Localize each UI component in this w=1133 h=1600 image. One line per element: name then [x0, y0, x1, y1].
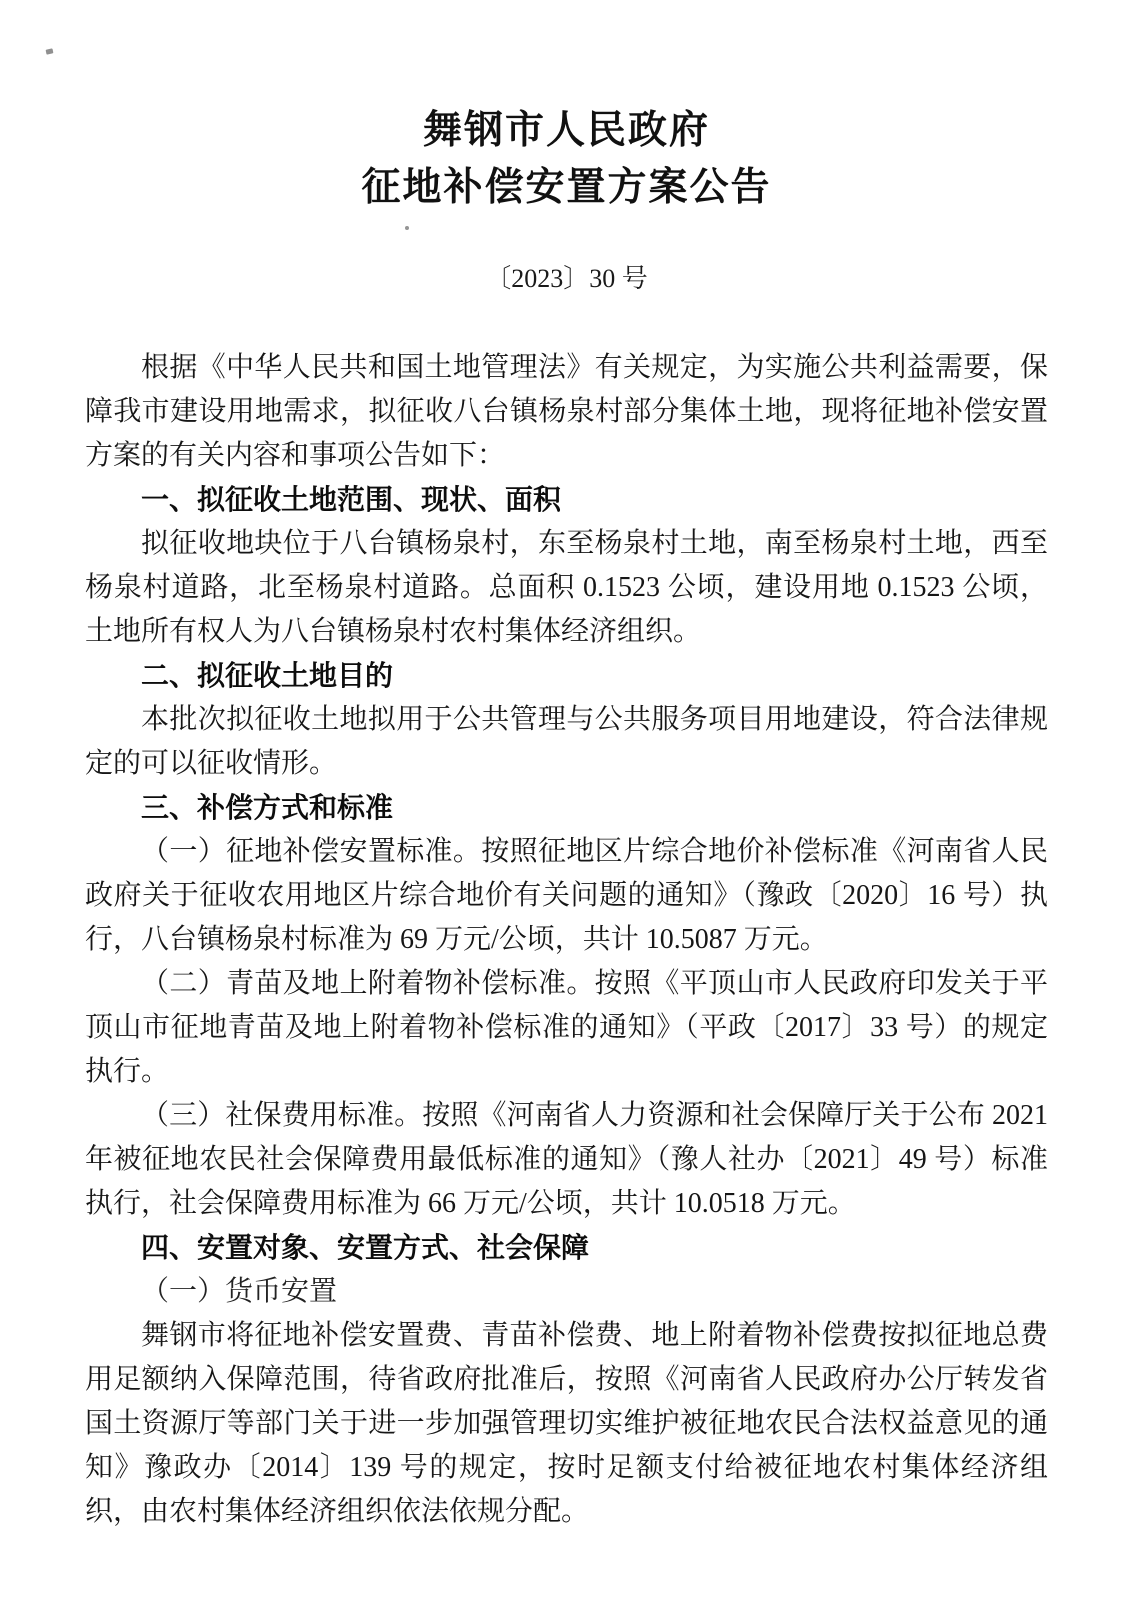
section-3-item-2: （二）青苗及地上附着物补偿标准。按照《平顶山市人民政府印发关于平顶山市征地青苗及… [85, 962, 1048, 1094]
document-title-line1: 舞钢市人民政府 [0, 102, 1133, 159]
section-3-item-1: （一）征地补偿安置标准。按照征地区片综合地价补偿标准《河南省人民政府关于征收农用… [85, 830, 1048, 962]
section-4-heading: 四、安置对象、安置方式、社会保障 [85, 1226, 1048, 1270]
section-3-heading: 三、补偿方式和标准 [85, 786, 1048, 830]
section-4-subheading: （一）货币安置 [85, 1270, 1048, 1314]
section-2-paragraph: 本批次拟征收土地拟用于公共管理与公共服务项目用地建设，符合法律规定的可以征收情形… [85, 698, 1048, 786]
scan-speck-under-title [405, 226, 409, 230]
document-number: 〔2023〕30 号 [0, 262, 1133, 296]
intro-paragraph: 根据《中华人民共和国土地管理法》有关规定，为实施公共利益需要，保障我市建设用地需… [85, 346, 1048, 478]
scan-speck-top-left [46, 48, 54, 54]
section-1-heading: 一、拟征收土地范围、现状、面积 [85, 478, 1048, 522]
section-1-paragraph: 拟征收地块位于八台镇杨泉村，东至杨泉村土地，南至杨泉村土地，西至杨泉村道路，北至… [85, 522, 1048, 654]
section-2-heading: 二、拟征收土地目的 [85, 654, 1048, 698]
document-page: 舞钢市人民政府 征地补偿安置方案公告 〔2023〕30 号 根据《中华人民共和国… [0, 0, 1133, 1600]
document-title-line2: 征地补偿安置方案公告 [0, 159, 1133, 216]
section-4-paragraph: 舞钢市将征地补偿安置费、青苗补偿费、地上附着物补偿费按拟征地总费用足额纳入保障范… [85, 1314, 1048, 1534]
section-3-item-3: （三）社保费用标准。按照《河南省人力资源和社会保障厅关于公布 2021 年被征地… [85, 1094, 1048, 1226]
document-body: 根据《中华人民共和国土地管理法》有关规定，为实施公共利益需要，保障我市建设用地需… [85, 346, 1048, 1534]
document-header: 舞钢市人民政府 征地补偿安置方案公告 [0, 102, 1133, 216]
